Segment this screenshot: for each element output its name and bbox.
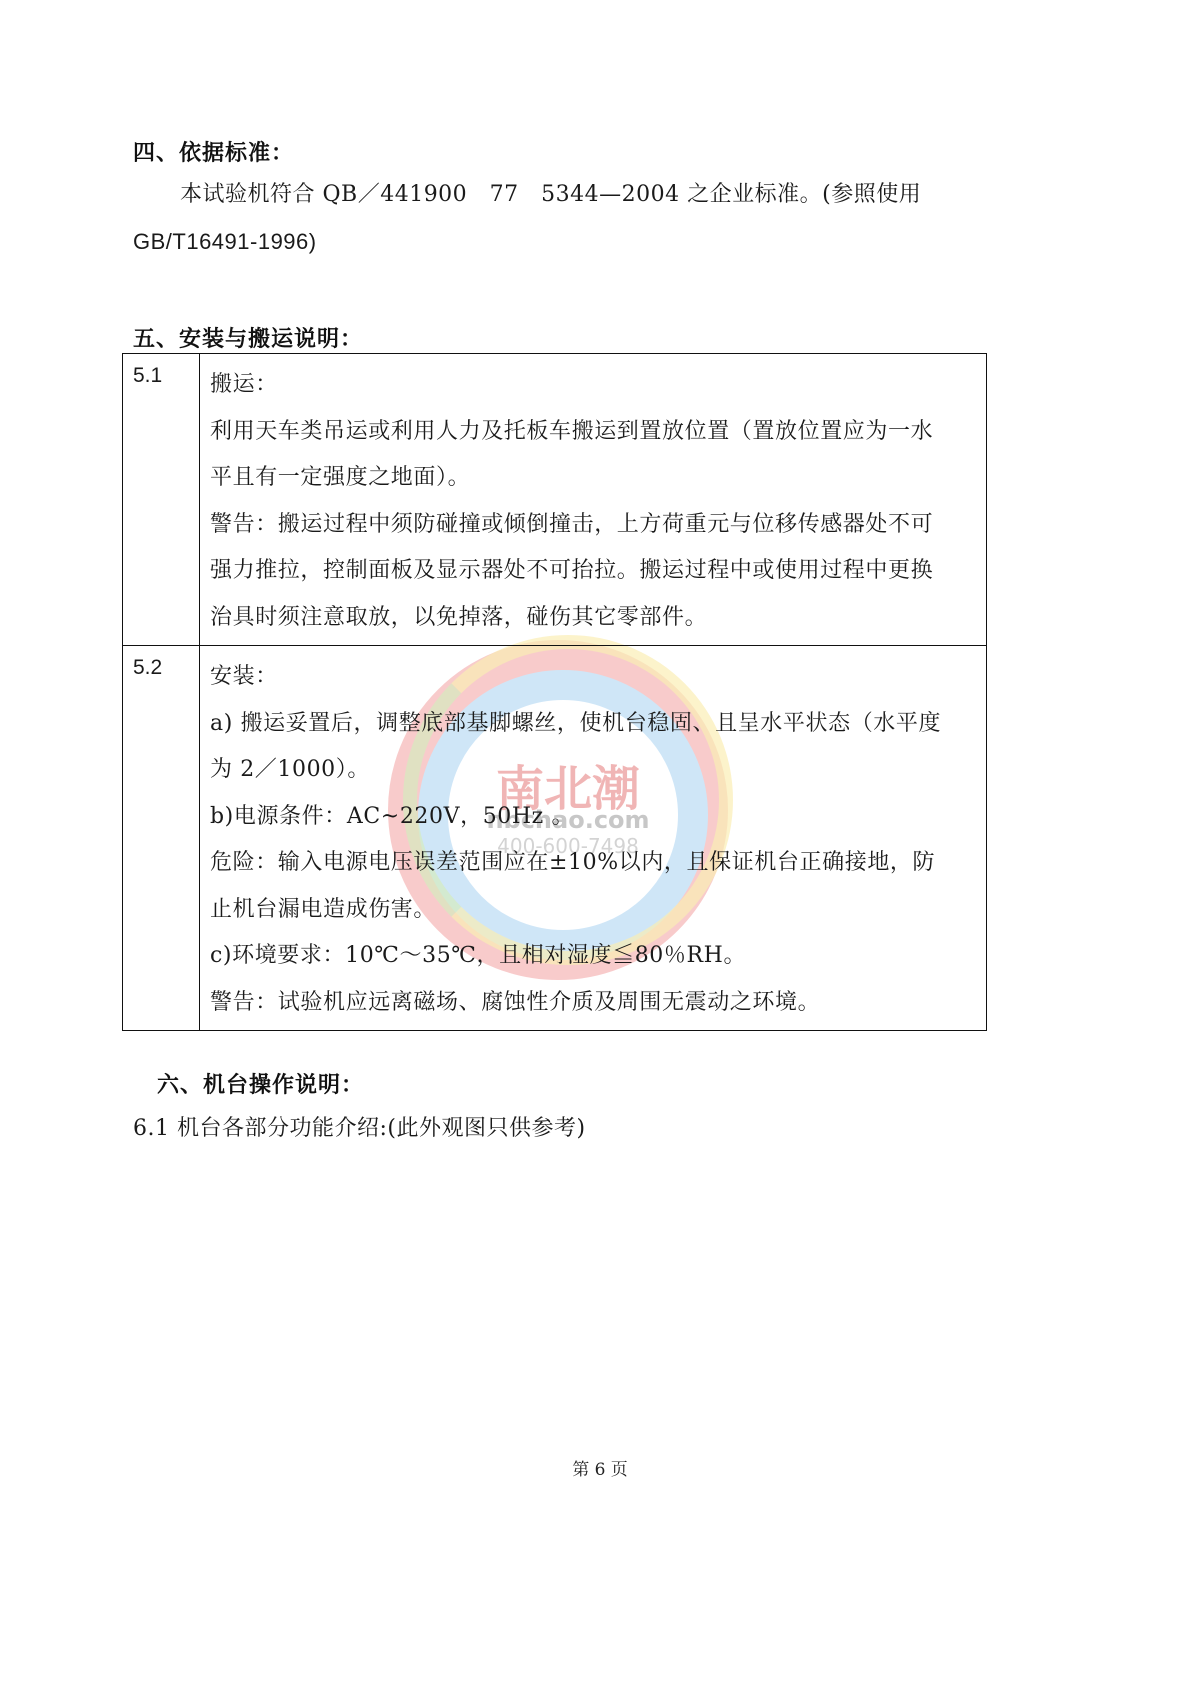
row-line: 为 2／1000）。: [210, 747, 976, 794]
section-5-heading: 五、安装与搬运说明：: [133, 322, 363, 353]
section-4-paragraph-line1: 本试验机符合 QB／441900 77 5344—2004 之企业标准。(参照使…: [180, 172, 921, 218]
row-line: c)环境要求：10℃～35℃，且相对湿度≦80％RH。: [210, 933, 976, 980]
row-line: 危险：输入电源电压误差范围应在±10%以内，且保证机台正确接地，防: [210, 840, 976, 887]
row-line: 搬运：: [210, 362, 976, 409]
section-4-paragraph-line2: GB/T16491-1996): [133, 219, 317, 265]
table-row-5-2: 5.2 安装： a) 搬运妥置后，调整底部基脚螺丝，使机台稳固、且呈水平状态（水…: [123, 646, 987, 1031]
row-line: 平且有一定强度之地面）。: [210, 455, 976, 502]
row-line: a) 搬运妥置后，调整底部基脚螺丝，使机台稳固、且呈水平状态（水平度: [210, 701, 976, 748]
section-6-subitem: 6.1 机台各部分功能介绍:(此外观图只供参考): [133, 1106, 586, 1152]
table-row-5-1: 5.1 搬运： 利用天车类吊运或利用人力及托板车搬运到置放位置（置放位置应为一水…: [123, 354, 987, 646]
section-4-heading: 四、依据标准：: [133, 136, 294, 167]
document-page: 四、依据标准： 本试验机符合 QB／441900 77 5344—2004 之企…: [0, 0, 1200, 1697]
row-line: 利用天车类吊运或利用人力及托板车搬运到置放位置（置放位置应为一水: [210, 409, 976, 456]
row-content: 搬运： 利用天车类吊运或利用人力及托板车搬运到置放位置（置放位置应为一水 平且有…: [200, 354, 987, 646]
section-6-heading: 六、机台操作说明：: [157, 1068, 364, 1099]
row-line: 强力推拉，控制面板及显示器处不可抬拉。搬运过程中或使用过程中更换: [210, 548, 976, 595]
row-line: 安装：: [210, 654, 976, 701]
row-line: 警告：试验机应远离磁场、腐蚀性介质及周围无震动之环境。: [210, 980, 976, 1027]
row-number: 5.1: [123, 354, 200, 646]
row-line: 止机台漏电造成伤害。: [210, 887, 976, 934]
page-number: 第 6 页: [0, 1455, 1200, 1480]
row-line: b)电源条件：AC~220V，50Hz 。: [210, 794, 976, 841]
row-line: 警告：搬运过程中须防碰撞或倾倒撞击，上方荷重元与位移传感器处不可: [210, 502, 976, 549]
row-content: 安装： a) 搬运妥置后，调整底部基脚螺丝，使机台稳固、且呈水平状态（水平度 为…: [200, 646, 987, 1031]
installation-table: 5.1 搬运： 利用天车类吊运或利用人力及托板车搬运到置放位置（置放位置应为一水…: [122, 353, 987, 1031]
row-number: 5.2: [123, 646, 200, 1031]
row-line: 治具时须注意取放，以免掉落，碰伤其它零部件。: [210, 595, 976, 642]
